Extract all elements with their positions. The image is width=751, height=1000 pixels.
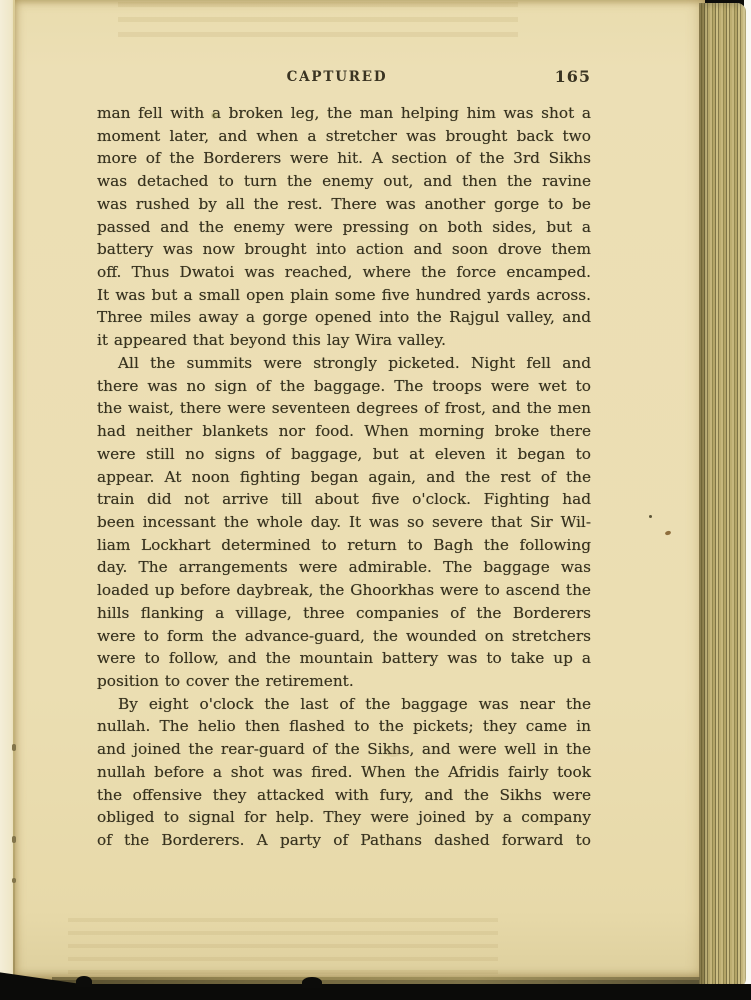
book-page: CAPTURED 165 man fell with a broken leg,… <box>13 0 705 980</box>
text-line: been incessant the whole day. It was so … <box>97 511 591 534</box>
book-photo: CAPTURED 165 man fell with a broken leg,… <box>0 0 751 1000</box>
fore-edge-pages <box>699 3 746 990</box>
text-line: it appeared that beyond this lay Wira va… <box>97 329 591 352</box>
text-line: passed and the enemy were pressing on bo… <box>97 216 591 239</box>
binding-clip <box>302 977 322 988</box>
text-line: position to cover the retirement. <box>97 670 591 693</box>
text-line: All the summits were strongly picketed. … <box>97 352 591 375</box>
page-number: 165 <box>555 67 591 86</box>
paper-speck <box>665 530 672 536</box>
paper-speck <box>385 747 401 757</box>
text-line: battery was now brought into action and … <box>97 238 591 261</box>
text-line: By eight o'clock the last of the baggage… <box>97 693 591 716</box>
text-line: train did not arrive till about five o'c… <box>97 488 591 511</box>
text-line: Three miles away a gorge opened into the… <box>97 306 591 329</box>
text-line: day. The arrangements were admirable. Th… <box>97 556 591 579</box>
text-line: of the Borderers. A party of Pathans das… <box>97 829 591 852</box>
binding-clip <box>76 976 92 987</box>
text-line: liam Lockhart determined to return to Ba… <box>97 534 591 557</box>
crease-nick <box>12 744 16 751</box>
paper-speck <box>211 112 218 119</box>
text-line: the waist, there were seventeen degrees … <box>97 397 591 420</box>
text-line: nullah before a shot was fired. When the… <box>97 761 591 784</box>
desk-surface <box>0 984 751 1000</box>
text-line: moment later, and when a stretcher was b… <box>97 125 591 148</box>
text-line: the offensive they attacked with fury, a… <box>97 784 591 807</box>
page-text: man fell with a broken leg, the man help… <box>97 102 591 852</box>
page-bottom-edge <box>52 977 700 984</box>
paper-speck <box>649 515 652 518</box>
text-line: off. Thus Dwatoi was reached, where the … <box>97 261 591 284</box>
text-line: were to follow, and the mountain battery… <box>97 647 591 670</box>
running-header: CAPTURED <box>83 69 591 85</box>
text-line: more of the Borderers were hit. A sectio… <box>97 147 591 170</box>
page-crease <box>13 0 15 982</box>
text-line: loaded up before daybreak, the Ghoorkhas… <box>97 579 591 602</box>
text-line: man fell with a broken leg, the man help… <box>97 102 591 125</box>
text-line: were still no signs of baggage, but at e… <box>97 443 591 466</box>
text-line: there was no sign of the baggage. The tr… <box>97 375 591 398</box>
text-line: hills flanking a village, three companie… <box>97 602 591 625</box>
text-line: had neither blankets nor food. When morn… <box>97 420 591 443</box>
crease-nick <box>12 836 16 843</box>
text-line: It was but a small open plain some five … <box>97 284 591 307</box>
text-line: nullah. The helio then flashed to the pi… <box>97 715 591 738</box>
page-header: CAPTURED 165 <box>97 69 591 89</box>
text-line: was rushed by all the rest. There was an… <box>97 193 591 216</box>
text-line: appear. At noon fighting began again, an… <box>97 466 591 489</box>
text-line: was detached to turn the enemy out, and … <box>97 170 591 193</box>
text-line: and joined the rear-guard of the Sikhs, … <box>97 738 591 761</box>
crease-nick <box>12 878 16 883</box>
text-line: obliged to signal for help. They were jo… <box>97 806 591 829</box>
text-line: were to form the advance-guard, the woun… <box>97 625 591 648</box>
